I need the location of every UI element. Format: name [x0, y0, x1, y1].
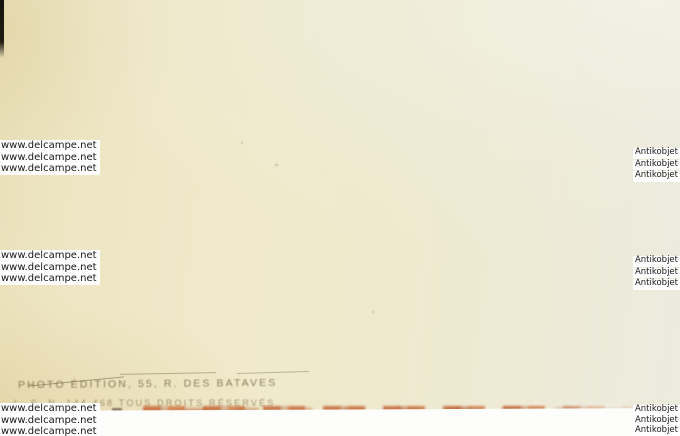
watermark-antikobjet: Antikobjet: [633, 268, 680, 279]
watermark-antikobjet: Antikobjet: [633, 426, 680, 436]
scanner-background: [0, 408, 680, 436]
watermark-delcampe: www.delcampe.net: [0, 152, 100, 164]
watermark-delcampe: www.delcampe.net: [0, 426, 100, 436]
scratch-mark: [237, 371, 309, 374]
paper-speck: [372, 311, 374, 313]
watermark-antikobjet: Antikobjet: [633, 256, 680, 267]
watermark-antikobjet: Antikobjet: [633, 405, 680, 416]
watermark-antikobjet: Antikobjet: [633, 279, 680, 290]
watermark-antikobjet: Antikobjet: [633, 171, 680, 182]
scanned-postcard-image: PHOTO ÉDITION, 55, R. DES BATAVES L. S. …: [0, 0, 680, 436]
watermark-antikobjet: Antikobjet: [633, 148, 680, 159]
watermark-delcampe: www.delcampe.net: [0, 415, 100, 427]
watermark-antikobjet: Antikobjet: [633, 160, 680, 171]
watermark-delcampe: www.delcampe.net: [0, 140, 100, 152]
watermark-delcampe: www.delcampe.net: [0, 403, 100, 415]
watermark-delcampe: www.delcampe.net: [0, 262, 100, 274]
watermark-delcampe: www.delcampe.net: [0, 163, 100, 175]
postcard-back: PHOTO ÉDITION, 55, R. DES BATAVES L. S. …: [0, 0, 680, 414]
watermark-delcampe: www.delcampe.net: [0, 273, 100, 285]
scratch-mark: [120, 372, 216, 375]
paper-speck: [241, 142, 243, 144]
paper-speck: [275, 164, 278, 166]
watermark-delcampe: www.delcampe.net: [0, 250, 100, 262]
publisher-stamp-line: PHOTO ÉDITION, 55, R. DES BATAVES: [18, 377, 277, 392]
scan-edge-artifact: [0, 0, 4, 58]
